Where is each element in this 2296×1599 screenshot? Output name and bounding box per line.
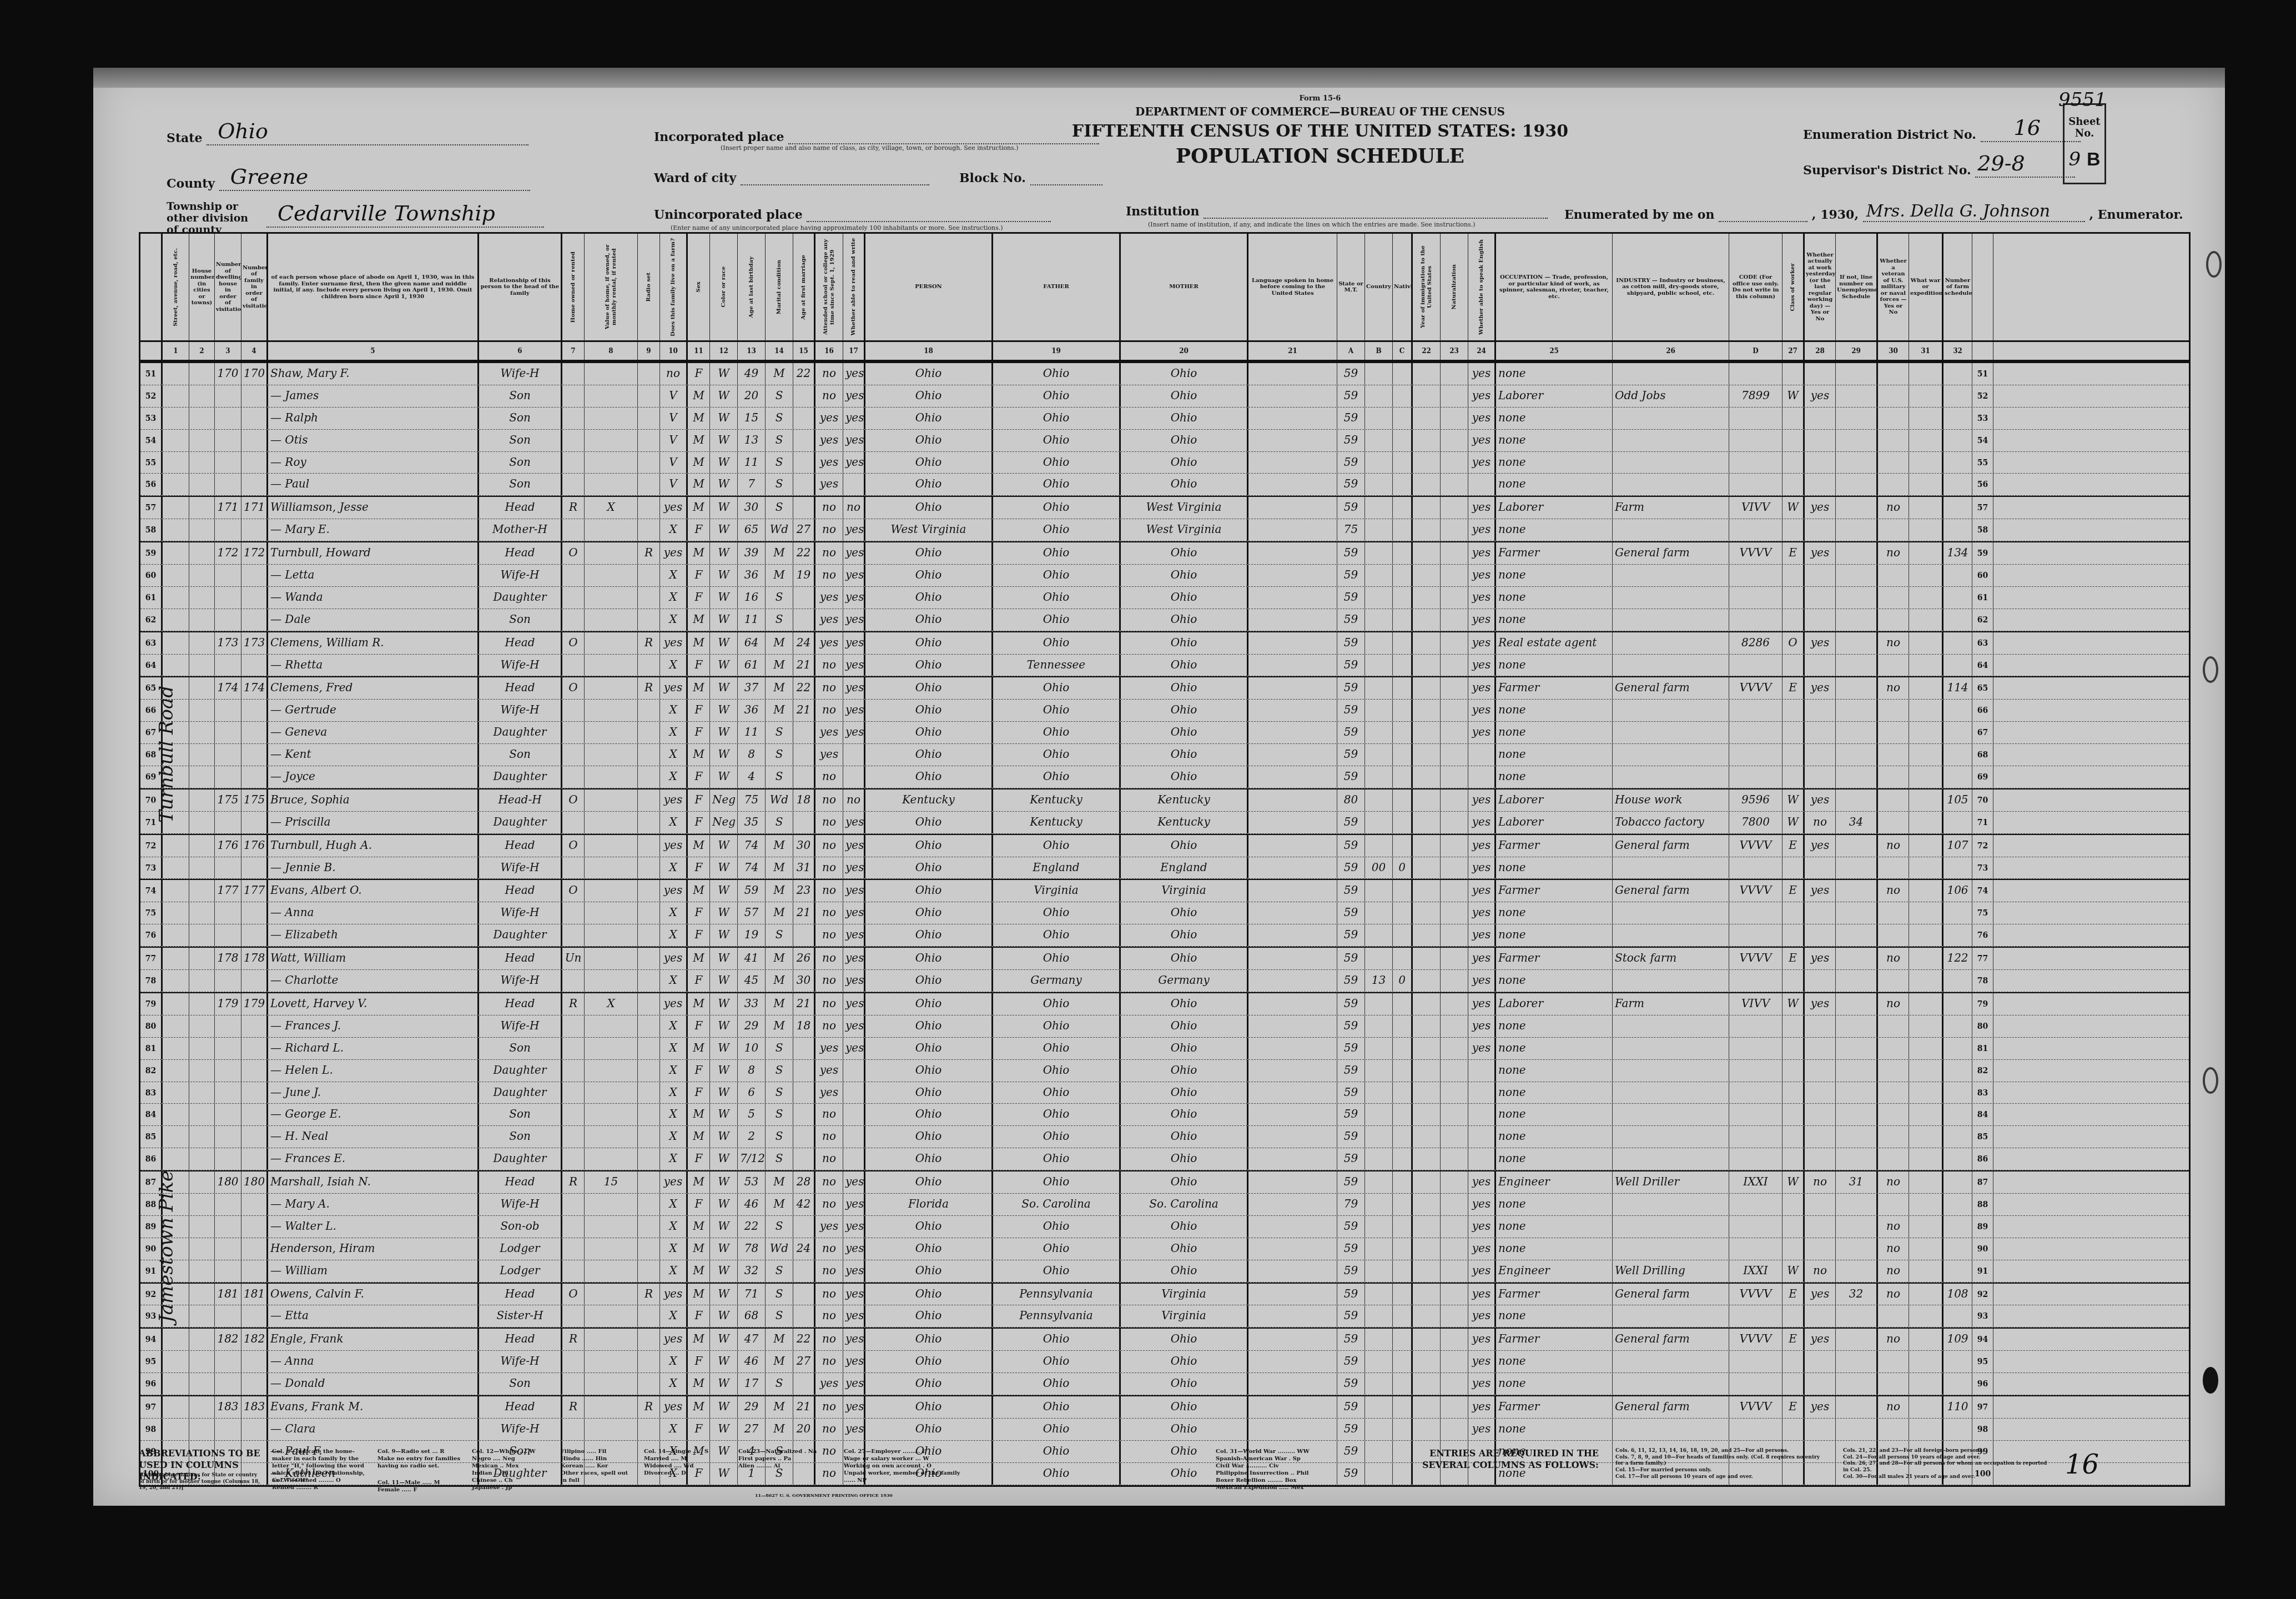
column-number: 2 xyxy=(189,342,215,360)
cell-marital: M xyxy=(766,857,793,879)
cell-code-a: 59 xyxy=(1337,1260,1365,1282)
cell-code-c xyxy=(1393,948,1413,969)
cell-at-work xyxy=(1805,857,1836,879)
cell-birth: West Virginia xyxy=(865,519,993,541)
cell-line2: 64 xyxy=(1972,655,1993,676)
cell-father: Ohio xyxy=(993,744,1121,766)
cell-race: W xyxy=(710,1238,738,1260)
table-row: 90Henderson, HiramLodgerXMW78Wd24noyesOh… xyxy=(140,1238,2189,1260)
cell-occupation: none xyxy=(1496,519,1613,541)
cell-vet: no xyxy=(1878,632,1909,654)
cell-code-d xyxy=(1729,1305,1783,1327)
cell-speak: yes xyxy=(1468,1216,1496,1238)
cell-tongue xyxy=(1248,790,1337,811)
cell-school: no xyxy=(815,700,843,721)
cell-line2: 76 xyxy=(1972,924,1993,946)
cell-line: 75 xyxy=(140,902,163,924)
cell-natur xyxy=(1441,609,1468,631)
cell-farm-sched xyxy=(1943,1194,1972,1215)
cell-tongue xyxy=(1248,835,1337,857)
cell-natur xyxy=(1441,677,1468,699)
cell-owned xyxy=(562,609,585,631)
cell-house xyxy=(189,497,215,519)
cell-code-c xyxy=(1393,632,1413,654)
cell-birth: Ohio xyxy=(865,1260,993,1282)
cell-age: 13 xyxy=(738,430,766,451)
column-header-natur: Naturalization xyxy=(1441,234,1468,340)
cell-relation: Head xyxy=(479,880,562,902)
cell-age-marriage xyxy=(793,1284,815,1305)
cell-farm-sched xyxy=(1943,632,1972,654)
cell-read: yes xyxy=(843,385,865,407)
cell-at-work xyxy=(1805,474,1836,495)
table-row: 54— OtisSonVMW13SyesyesOhioOhioOhio59yes… xyxy=(140,430,2189,452)
cell-class xyxy=(1783,924,1805,946)
cell-war xyxy=(1909,1373,1943,1395)
cell-mother: Ohio xyxy=(1121,1396,1248,1418)
cell-vet xyxy=(1878,408,1909,429)
cell-school: no xyxy=(815,857,843,879)
cell-dwelling: 179 xyxy=(215,993,241,1015)
cell-farm-sched xyxy=(1943,970,1972,992)
cell-relation: Daughter xyxy=(479,924,562,946)
cell-name: — H. Neal xyxy=(268,1126,479,1148)
cell-sex: F xyxy=(688,700,710,721)
cell-war xyxy=(1909,385,1943,407)
cell-natur xyxy=(1441,722,1468,743)
cell-code-b: 00 xyxy=(1365,857,1393,879)
cell-farm-sched xyxy=(1943,363,1972,385)
cell-at-work xyxy=(1805,1216,1836,1238)
cell-industry: General farm xyxy=(1613,880,1729,902)
cell-read: yes xyxy=(843,924,865,946)
cell-code-b xyxy=(1365,766,1393,788)
cell-code-d xyxy=(1729,744,1783,766)
cell-house xyxy=(189,1329,215,1350)
cell-house xyxy=(189,1216,215,1238)
cell-father: Ohio xyxy=(993,565,1121,586)
cell-immig xyxy=(1413,1419,1441,1440)
cell-school: no xyxy=(815,766,843,788)
table-row: 98— ClaraWife-HXFW27M20noyesOhioOhioOhio… xyxy=(140,1419,2189,1441)
cell-line2: 72 xyxy=(1972,835,1993,857)
schedule-title: POPULATION SCHEDULE xyxy=(1070,144,1570,168)
cell-family: 177 xyxy=(241,880,268,902)
column-header-radio: Radio set xyxy=(638,234,660,340)
cell-name: — Mary A. xyxy=(268,1194,479,1215)
cell-race: W xyxy=(710,385,738,407)
cell-sex: F xyxy=(688,363,710,385)
cell-code-d: 8286 xyxy=(1729,632,1783,654)
cell-class xyxy=(1783,363,1805,385)
cell-farm: yes xyxy=(660,993,688,1015)
cell-house xyxy=(189,1148,215,1170)
cell-code-d xyxy=(1729,408,1783,429)
cell-radio xyxy=(638,1238,660,1260)
cell-birth: Ohio xyxy=(865,812,993,833)
cell-birth: Ohio xyxy=(865,948,993,969)
cell-birth: Ohio xyxy=(865,1126,993,1148)
cell-code-b xyxy=(1365,744,1393,766)
column-header-industry: INDUSTRY — Industry or business, as cott… xyxy=(1613,234,1729,340)
cell-family xyxy=(241,1126,268,1148)
column-header-line xyxy=(140,234,163,340)
cell-family xyxy=(241,1082,268,1104)
cell-name: — Wanda xyxy=(268,587,479,609)
cell-occupation: none xyxy=(1496,1104,1613,1125)
cell-speak xyxy=(1468,744,1496,766)
cell-value xyxy=(585,1194,638,1215)
table-row: 80— Frances J.Wife-HXFW29M18noyesOhioOhi… xyxy=(140,1015,2189,1038)
column-header-row: Street, avenue, road, etc.House number (… xyxy=(140,234,2189,342)
cell-value xyxy=(585,565,638,586)
institution-field: Institution xyxy=(1126,204,1548,219)
cell-owned: R xyxy=(562,993,585,1015)
table-row: 69— JoyceDaughterXFW4SnoOhioOhioOhio59no… xyxy=(140,766,2189,788)
cell-value xyxy=(585,1419,638,1440)
cell-radio xyxy=(638,1373,660,1395)
column-number: 4 xyxy=(241,342,268,360)
cell-class xyxy=(1783,1148,1805,1170)
cell-name: — Anna xyxy=(268,902,479,924)
cell-code-d: VVVV xyxy=(1729,677,1783,699)
cell-mother: Ohio xyxy=(1121,700,1248,721)
cell-class xyxy=(1783,609,1805,631)
cell-dwelling xyxy=(215,609,241,631)
cell-relation: Son xyxy=(479,609,562,631)
cell-family: 175 xyxy=(241,790,268,811)
cell-war xyxy=(1909,1126,1943,1148)
cell-family xyxy=(241,1351,268,1372)
cell-tongue xyxy=(1248,452,1337,474)
cell-at-work xyxy=(1805,1238,1836,1260)
cell-read: yes xyxy=(843,880,865,902)
cell-speak: yes xyxy=(1468,1396,1496,1418)
cell-school: no xyxy=(815,790,843,811)
cell-sex: F xyxy=(688,812,710,833)
cell-sex: F xyxy=(688,857,710,879)
cell-vet xyxy=(1878,924,1909,946)
cell-family xyxy=(241,1194,268,1215)
cell-occupation: Farmer xyxy=(1496,835,1613,857)
cell-war xyxy=(1909,587,1943,609)
cell-line: 74 xyxy=(140,880,163,902)
cell-line2: 69 xyxy=(1972,766,1993,788)
cell-age-marriage xyxy=(793,497,815,519)
cell-line2: 60 xyxy=(1972,565,1993,586)
column-number xyxy=(140,342,163,360)
cell-house xyxy=(189,1260,215,1282)
cell-code-c xyxy=(1393,1373,1413,1395)
cell-school: no xyxy=(815,924,843,946)
cell-vet xyxy=(1878,385,1909,407)
cell-birth: Ohio xyxy=(865,1396,993,1418)
cell-code-c xyxy=(1393,1148,1413,1170)
cell-dwelling xyxy=(215,924,241,946)
cell-speak: yes xyxy=(1468,970,1496,992)
col12-abbrev: Col. 12—White .... W Negro .... Neg Mexi… xyxy=(472,1448,550,1491)
cell-line2: 73 xyxy=(1972,857,1993,879)
cell-code-d xyxy=(1729,924,1783,946)
cell-industry xyxy=(1613,474,1729,495)
cell-code-a: 59 xyxy=(1337,452,1365,474)
cell-class xyxy=(1783,655,1805,676)
column-number: 18 xyxy=(865,342,993,360)
cell-age-marriage xyxy=(793,609,815,631)
column-header-class: Class of worker xyxy=(1783,234,1805,340)
cell-radio xyxy=(638,385,660,407)
cell-read: yes xyxy=(843,1238,865,1260)
cell-natur xyxy=(1441,1329,1468,1350)
cell-occupation: Laborer xyxy=(1496,385,1613,407)
cell-house xyxy=(189,812,215,833)
cell-birth: Ohio xyxy=(865,655,993,676)
cell-mother: Ohio xyxy=(1121,474,1248,495)
cell-farm: yes xyxy=(660,835,688,857)
cell-code-d: IXXI xyxy=(1729,1260,1783,1282)
cell-occupation: none xyxy=(1496,1148,1613,1170)
cell-vet: no xyxy=(1878,497,1909,519)
cell-class xyxy=(1783,1060,1805,1082)
cell-dwelling xyxy=(215,1126,241,1148)
cell-house xyxy=(189,385,215,407)
cell-line2: 89 xyxy=(1972,1216,1993,1238)
cell-value xyxy=(585,1126,638,1148)
column-header-sex: Sex xyxy=(688,234,710,340)
cell-name: — Clara xyxy=(268,1419,479,1440)
cell-radio xyxy=(638,857,660,879)
cell-unemp xyxy=(1836,1351,1878,1372)
cell-dwelling xyxy=(215,1148,241,1170)
cell-farm: V xyxy=(660,474,688,495)
cell-war xyxy=(1909,632,1943,654)
cell-family xyxy=(241,587,268,609)
cell-marital: S xyxy=(766,924,793,946)
cell-school: no xyxy=(815,1194,843,1215)
cell-industry xyxy=(1613,452,1729,474)
cell-tongue xyxy=(1248,902,1337,924)
cell-read: yes xyxy=(843,1419,865,1440)
cell-family: 173 xyxy=(241,632,268,654)
cell-occupation: none xyxy=(1496,474,1613,495)
cell-age-marriage xyxy=(793,430,815,451)
cell-marital: Wd xyxy=(766,790,793,811)
cell-natur xyxy=(1441,565,1468,586)
cell-unemp xyxy=(1836,587,1878,609)
cell-at-work xyxy=(1805,1305,1836,1327)
cell-immig xyxy=(1413,1171,1441,1193)
cell-school: no xyxy=(815,1284,843,1305)
cell-father: Ohio xyxy=(993,542,1121,564)
cell-birth: Ohio xyxy=(865,497,993,519)
cell-marital: S xyxy=(766,452,793,474)
cell-code-c xyxy=(1393,1104,1413,1125)
cell-father: Pennsylvania xyxy=(993,1284,1121,1305)
cell-birth: Ohio xyxy=(865,700,993,721)
cell-code-b xyxy=(1365,1060,1393,1082)
cell-farm: X xyxy=(660,1126,688,1148)
cell-industry xyxy=(1613,519,1729,541)
cell-code-a: 59 xyxy=(1337,1419,1365,1440)
cell-age: 33 xyxy=(738,993,766,1015)
cell-radio xyxy=(638,452,660,474)
cell-code-d xyxy=(1729,1082,1783,1104)
column-header-code-a: State or M.T. xyxy=(1337,234,1365,340)
cell-at-work: yes xyxy=(1805,1329,1836,1350)
cell-natur xyxy=(1441,385,1468,407)
cell-name: — Otis xyxy=(268,430,479,451)
cell-industry xyxy=(1613,587,1729,609)
cell-line2: 66 xyxy=(1972,700,1993,721)
cell-class xyxy=(1783,519,1805,541)
cell-code-c xyxy=(1393,408,1413,429)
cell-age: 27 xyxy=(738,1419,766,1440)
cell-farm-sched: 109 xyxy=(1943,1329,1972,1350)
cell-read xyxy=(843,1060,865,1082)
cell-marital: S xyxy=(766,1260,793,1282)
cell-code-d xyxy=(1729,722,1783,743)
cell-class xyxy=(1783,970,1805,992)
cell-code-d xyxy=(1729,609,1783,631)
table-row: 55— RoySonVMW11SyesyesOhioOhioOhio59yesn… xyxy=(140,452,2189,474)
cell-at-work: yes xyxy=(1805,790,1836,811)
cell-mother: West Virginia xyxy=(1121,497,1248,519)
cell-race: W xyxy=(710,1305,738,1327)
cell-age-marriage xyxy=(793,1038,815,1059)
cell-class: E xyxy=(1783,677,1805,699)
cell-owned: R xyxy=(562,1396,585,1418)
cell-immig xyxy=(1413,385,1441,407)
cell-radio: R xyxy=(638,632,660,654)
cell-immig xyxy=(1413,857,1441,879)
cell-line2: 92 xyxy=(1972,1284,1993,1305)
cell-occupation: none xyxy=(1496,587,1613,609)
cell-at-work xyxy=(1805,408,1836,429)
cell-dwelling xyxy=(215,722,241,743)
cell-relation: Wife-H xyxy=(479,1419,562,1440)
cell-sex: M xyxy=(688,993,710,1015)
cell-farm-sched xyxy=(1943,1216,1972,1238)
cell-occupation: Engineer xyxy=(1496,1171,1613,1193)
cell-father: Kentucky xyxy=(993,790,1121,811)
cell-farm: X xyxy=(660,1194,688,1215)
cell-name: — Donald xyxy=(268,1373,479,1395)
cell-age: 17 xyxy=(738,1373,766,1395)
cell-code-c xyxy=(1393,1329,1413,1350)
cell-radio xyxy=(638,1126,660,1148)
cell-unemp xyxy=(1836,835,1878,857)
cell-speak: yes xyxy=(1468,857,1496,879)
cell-vet xyxy=(1878,452,1909,474)
cell-natur xyxy=(1441,452,1468,474)
supervisor-district-value: 29-8 xyxy=(1977,151,2025,175)
cell-age: 29 xyxy=(738,1015,766,1037)
cell-radio xyxy=(638,948,660,969)
cell-race: W xyxy=(710,1060,738,1082)
cell-code-b xyxy=(1365,1260,1393,1282)
cell-natur xyxy=(1441,835,1468,857)
cell-radio: R xyxy=(638,542,660,564)
cell-immig xyxy=(1413,1104,1441,1125)
cell-read: yes xyxy=(843,857,865,879)
cell-value xyxy=(585,1216,638,1238)
cell-speak: yes xyxy=(1468,1171,1496,1193)
cell-war xyxy=(1909,700,1943,721)
cell-natur xyxy=(1441,363,1468,385)
cell-tongue xyxy=(1248,766,1337,788)
cell-relation: Son xyxy=(479,430,562,451)
cell-age-marriage xyxy=(793,722,815,743)
cell-at-work: yes xyxy=(1805,880,1836,902)
cell-occupation: none xyxy=(1496,655,1613,676)
cell-age-marriage: 18 xyxy=(793,790,815,811)
cell-industry xyxy=(1613,902,1729,924)
cell-marital: M xyxy=(766,1351,793,1372)
cell-natur xyxy=(1441,1194,1468,1215)
cell-line2: 74 xyxy=(1972,880,1993,902)
cell-race: W xyxy=(710,880,738,902)
cell-code-a: 59 xyxy=(1337,1148,1365,1170)
punch-hole xyxy=(2206,251,2222,278)
cell-age-marriage: 22 xyxy=(793,542,815,564)
cell-radio xyxy=(638,1329,660,1350)
table-row: 88— Mary A.Wife-HXFW46M42noyesFloridaSo.… xyxy=(140,1194,2189,1216)
cell-father: Ohio xyxy=(993,1148,1121,1170)
cell-mother: Ohio xyxy=(1121,1351,1248,1372)
cell-school: yes xyxy=(815,587,843,609)
cell-natur xyxy=(1441,993,1468,1015)
cell-radio: R xyxy=(638,1284,660,1305)
cell-read: yes xyxy=(843,655,865,676)
cell-family xyxy=(241,1148,268,1170)
cell-value xyxy=(585,1148,638,1170)
cell-race: W xyxy=(710,1396,738,1418)
street-annotation: Turnbull Road xyxy=(155,490,178,823)
cell-line2: 63 xyxy=(1972,632,1993,654)
cell-radio: R xyxy=(638,677,660,699)
cell-father: Ohio xyxy=(993,1082,1121,1104)
cell-relation: Head xyxy=(479,632,562,654)
cell-name: — Walter L. xyxy=(268,1216,479,1238)
cell-name: — Elizabeth xyxy=(268,924,479,946)
cell-father: Ohio xyxy=(993,519,1121,541)
cell-name: — Geneva xyxy=(268,722,479,743)
cell-vet xyxy=(1878,1194,1909,1215)
cell-tongue xyxy=(1248,700,1337,721)
cell-code-b xyxy=(1365,474,1393,495)
table-row: 93— EttaSister-HXFW68SnoyesOhioPennsylva… xyxy=(140,1305,2189,1328)
cell-farm: X xyxy=(660,565,688,586)
table-row: 59172172Turnbull, HowardHeadORyesMW39M22… xyxy=(140,541,2189,565)
cell-industry xyxy=(1613,565,1729,586)
cell-family: 183 xyxy=(241,1396,268,1418)
cell-read: yes xyxy=(843,1284,865,1305)
cell-vet xyxy=(1878,565,1909,586)
column-number: 3 xyxy=(215,342,241,360)
column-header-birth: PERSON xyxy=(865,234,993,340)
cell-sex: M xyxy=(688,1171,710,1193)
cell-speak: yes xyxy=(1468,677,1496,699)
cell-race: W xyxy=(710,587,738,609)
cell-farm: X xyxy=(660,722,688,743)
cell-school: yes xyxy=(815,609,843,631)
table-row: 95— AnnaWife-HXFW46M27noyesOhioOhioOhio5… xyxy=(140,1351,2189,1373)
cell-owned xyxy=(562,519,585,541)
cell-farm: X xyxy=(660,587,688,609)
cell-code-b xyxy=(1365,609,1393,631)
cell-marital: S xyxy=(766,744,793,766)
cell-farm-sched: 122 xyxy=(1943,948,1972,969)
